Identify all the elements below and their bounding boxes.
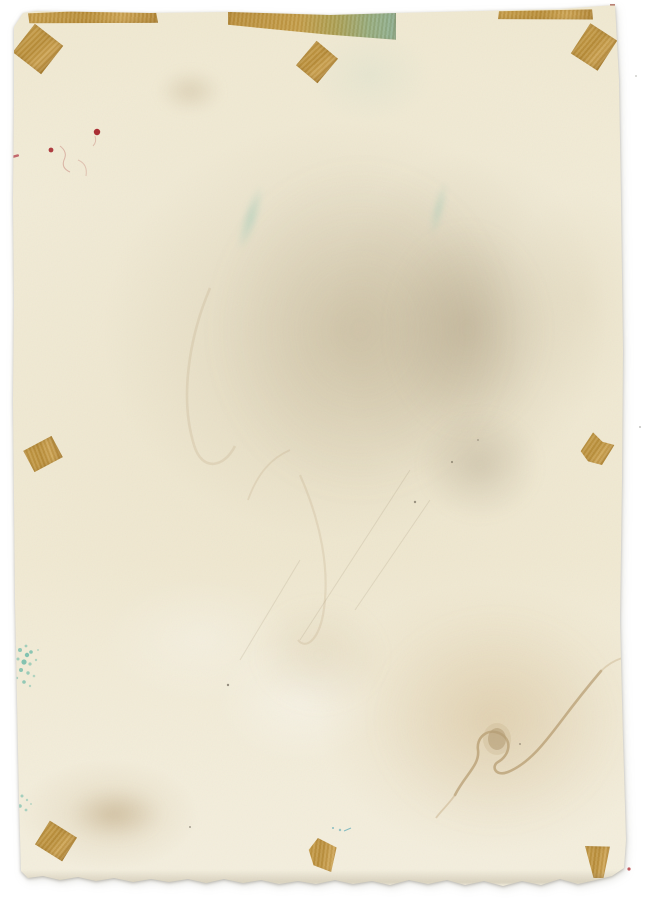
dark-flecks: [189, 439, 521, 828]
teal-streak-right: [425, 179, 452, 238]
paper-shadow-wrap: [0, 0, 650, 903]
water-tide-mark: [436, 658, 622, 818]
stain-bottom-left-smudge: [70, 788, 162, 840]
teal-speckles-bottom-left: [17, 795, 32, 816]
teal-speckle-cluster-left: [14, 645, 39, 688]
stain-bottom-right-wash: [378, 618, 613, 823]
tape-band-top-center: [228, 11, 396, 41]
tape-diamond-top-center: [296, 41, 338, 84]
stain-central-dark-patch: [390, 225, 545, 435]
tape-diamond-bottom-left: [35, 821, 77, 862]
tape-diamond-top-right: [571, 23, 617, 71]
stain-speck-zone: [420, 410, 540, 520]
stain-top-left-smudge: [158, 70, 222, 112]
tape-strip-top-right: [498, 8, 593, 21]
red-ink-marks: [12, 129, 100, 176]
scan-image: [0, 0, 650, 903]
faint-outline-curves: [187, 288, 326, 644]
tape-rect-left-middle: [23, 436, 63, 472]
teal-specks-bottom-center: [332, 827, 351, 831]
fine-marks-layer: [0, 0, 650, 903]
tape-diamond-top-left: [13, 24, 64, 75]
tape-trapezoid-bottom-center: [306, 838, 340, 872]
tape-diamond-right-middle: [578, 431, 615, 468]
paper-sheet: [0, 0, 650, 903]
stain-bottom-mid-smudge: [255, 600, 385, 710]
tape-strip-top-left: [28, 8, 158, 25]
scratch-lines: [240, 470, 430, 660]
teal-streak-left: [232, 182, 270, 254]
bottom-edge-shading: [20, 870, 622, 884]
paper-grain-texture: [0, 0, 650, 903]
